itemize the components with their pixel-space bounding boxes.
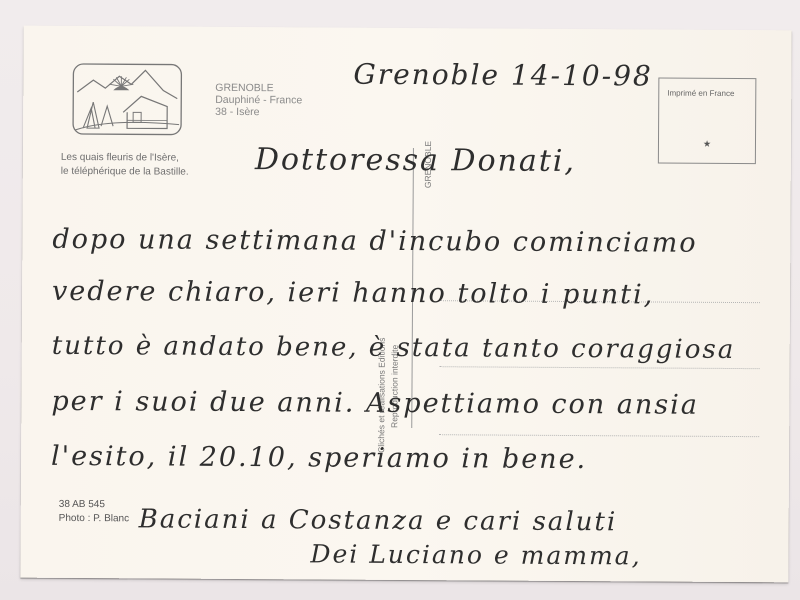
caption-line-1: Les quais fleuris de l'Isère, — [61, 151, 189, 166]
place-department: 38 - Isère — [215, 106, 302, 119]
stamp-box: Imprimé en France ★ — [658, 78, 757, 165]
place-info: GRENOBLE Dauphiné - France 38 - Isère — [215, 82, 302, 119]
handwritten-salutation: Dottoressa Donati, — [255, 142, 576, 179]
photo-credit: Photo : P. Blanc — [59, 512, 130, 526]
handwritten-line-1: dopo una settimana d'incubo cominciamo — [52, 224, 697, 259]
handwritten-line-2: vedere chiaro, ieri hanno tolto i punti, — [52, 276, 654, 311]
mountain-chalet-sun-icon — [71, 62, 183, 137]
handwritten-line-4: per i suoi due anni. Aspettiamo con ansi… — [51, 386, 699, 421]
card-reference: 38 AB 545 Photo : P. Blanc — [59, 498, 130, 526]
place-title: GRENOBLE — [215, 82, 302, 95]
handwritten-closing-1: Baciani a Costanza e cari saluti — [139, 504, 618, 537]
handwritten-closing-2: Dei Luciano e mamma, — [310, 539, 641, 570]
place-region: Dauphiné - France — [215, 94, 302, 107]
star-icon: ★ — [703, 139, 711, 150]
stamp-box-label: Imprimé en France — [667, 89, 734, 98]
handwritten-line-5: l'esito, il 20.10, speriamo in bene. — [51, 441, 587, 475]
address-line-2 — [440, 366, 760, 369]
address-line-3 — [439, 434, 759, 437]
postcard: GRENOBLE Dauphiné - France 38 - Isère Le… — [20, 26, 791, 583]
caption-line-2: le téléphérique de la Bastille. — [61, 165, 189, 180]
handwritten-line-3: tutto è andato bene, è stata tanto corag… — [52, 331, 736, 365]
photo-caption: Les quais fleuris de l'Isère, le téléphé… — [61, 151, 189, 180]
ref-number: 38 AB 545 — [59, 498, 130, 512]
handwritten-place-date: Grenoble 14-10-98 — [353, 58, 653, 93]
